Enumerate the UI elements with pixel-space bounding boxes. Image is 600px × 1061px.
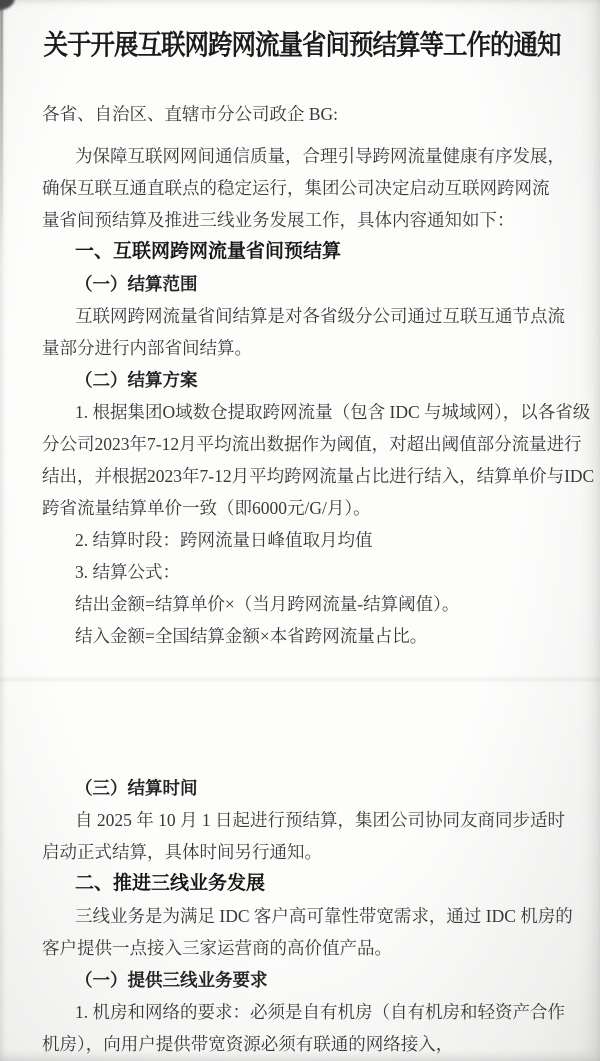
para-line: 1. 根据集团O域数仓提取跨网流量（包含 IDC 与城域网），以各省级 — [42, 396, 562, 428]
para-line: 2. 结算时段：跨网流量日峰值取月均值 — [42, 524, 562, 556]
document-title: 关于开展互联网跨网流量省间预结算等工作的通知 — [42, 26, 562, 66]
para-line: 启动正式结算，具体时间另行通知。 — [42, 836, 562, 868]
para-line: 结出，并根据2023年7-12月平均跨网流量占比进行结入，结算单价与IDC — [42, 460, 562, 492]
para-line: 分公司2023年7-12月平均流出数据作为阈值，对超出阈值部分流量进行 — [42, 428, 562, 460]
para-line: 三线业务是为满足 IDC 客户高可靠性带宽需求，通过 IDC 机房的 — [42, 900, 562, 932]
para-line: 量省间预结算及推进三线业务发展工作，具体内容通知如下： — [42, 204, 562, 236]
para-line: 客户提供一点接入三家运营商的高价值产品。 — [42, 932, 562, 964]
formula-line: 结入金额=全国结算金额×本省跨网流量占比。 — [42, 620, 562, 652]
para-line: 量部分进行内部省间结算。 — [42, 332, 562, 364]
document-photo: 关于开展互联网跨网流量省间预结算等工作的通知 各省、自治区、直辖市分公司政企 B… — [0, 0, 600, 1061]
section-2-heading: 二、推进三线业务发展 — [42, 868, 562, 900]
subsection-heading: （三）结算时间 — [42, 772, 562, 804]
subsection-heading: （一）提供三线业务要求 — [42, 964, 562, 996]
section-1-heading: 一、互联网跨网流量省间预结算 — [42, 236, 562, 268]
scan-edge-shadow — [0, 0, 3, 260]
para-line: 1. 机房和网络的要求：必须是自有机房（自有机房和轻资产合作 — [42, 996, 562, 1028]
para-line: 自 2025 年 10 月 1 日起进行预结算，集团公司协同友商同步适时 — [42, 804, 562, 836]
para-line: 机房），向用户提供带宽资源必须有联通的网络接入， — [42, 1028, 562, 1060]
para-line: 跨省流量结算单价一致（即6000元/G/月）。 — [42, 492, 562, 524]
formula-line: 结出金额=结算单价×（当月跨网流量-结算阈值）。 — [42, 588, 562, 620]
salutation-line: 各省、自治区、直辖市分公司政企 BG: — [42, 98, 562, 130]
document-body: 关于开展互联网跨网流量省间预结算等工作的通知 各省、自治区、直辖市分公司政企 B… — [42, 20, 562, 1060]
para-line: 3. 结算公式： — [42, 556, 562, 588]
doc-lines: 各省、自治区、直辖市分公司政企 BG:为保障互联网网间通信质量，合理引导跨网流量… — [42, 98, 562, 1060]
para-line: 确保互联互通直联点的稳定运行，集团公司决定启动互联网跨网流 — [42, 172, 562, 204]
para-line: 互联网跨网流量省间结算是对各省级分公司通过互联互通节点流 — [42, 300, 562, 332]
subsection-heading: （一）结算范围 — [42, 268, 562, 300]
subsection-heading: （二）结算方案 — [42, 364, 562, 396]
para-line: 为保障互联网网间通信质量，合理引导跨网流量健康有序发展， — [42, 140, 562, 172]
